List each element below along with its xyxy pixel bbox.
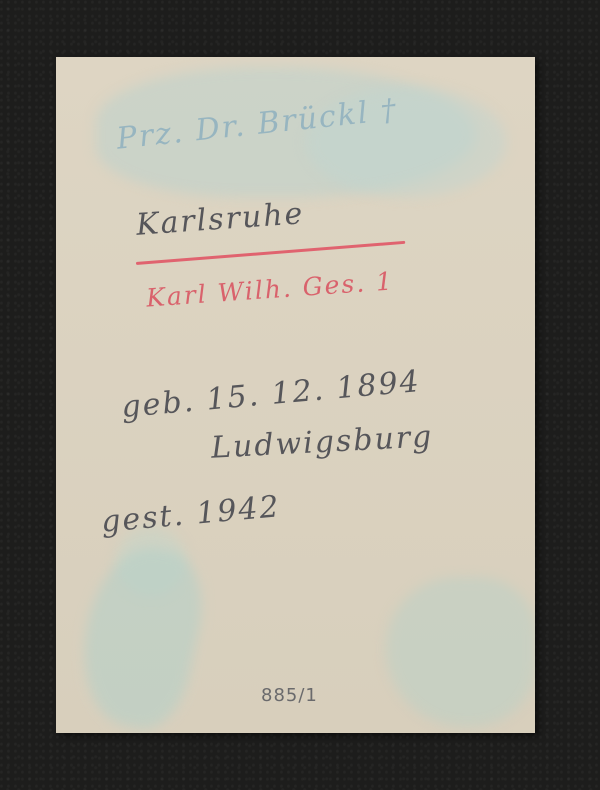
catalog-number: 885/1 bbox=[261, 685, 318, 706]
photo-card-back: Prz. Dr. Brückl † Karlsruhe Karl Wilh. G… bbox=[56, 57, 535, 733]
city-note: Karlsruhe bbox=[135, 196, 305, 243]
red-underline bbox=[136, 241, 405, 265]
water-stain-bottom-left bbox=[68, 538, 213, 733]
death-date: gest. 1942 bbox=[100, 489, 282, 540]
birth-place: Ludwigsburg bbox=[210, 419, 434, 466]
water-stain-bottom-right bbox=[386, 577, 535, 727]
birth-date: geb. 15. 12. 1894 bbox=[120, 364, 422, 425]
name-note-red: Karl Wilh. Ges. 1 bbox=[145, 266, 395, 312]
